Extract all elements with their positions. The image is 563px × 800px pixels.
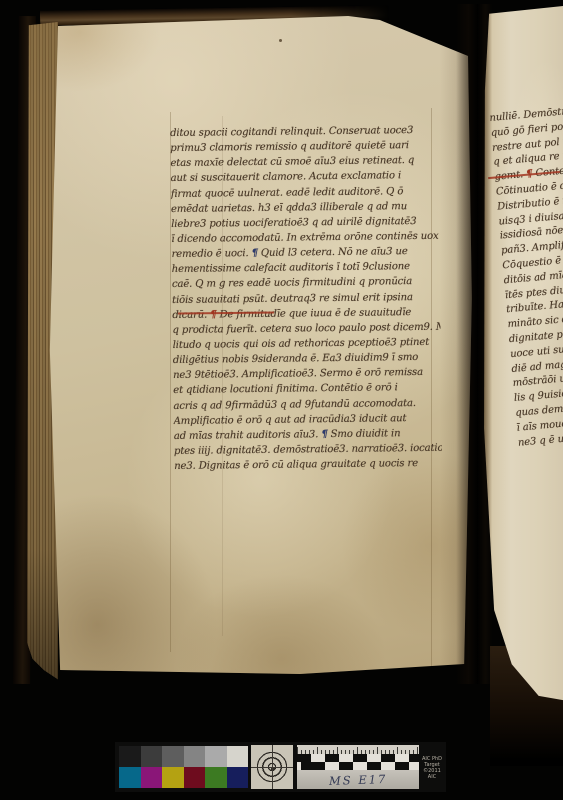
brand-line-2: ©2011 AIC [419,768,445,780]
manuscript-photo: ditou spacii cogitandi relinquit. Conser… [0,0,563,800]
ruler: MS E17 [297,745,419,789]
ruling-line-inner [222,116,223,636]
focus-target-icon [251,745,293,789]
color-patch [119,767,141,788]
manuscript-line: ne3. Dignitas ē orō cū aliqua grauitate … [174,456,442,474]
manuscript-line: diligētius nobis 9sideranda ē. Ea3 diuid… [173,350,441,368]
color-patch [141,767,163,788]
ruling-line-right [431,108,432,668]
brand-line-1: AIC PhD Target [419,756,445,768]
grayscale-patches [119,746,248,767]
swatch-grid [119,746,248,788]
manuscript-line: firmat quocē uulnerat. eadē ledit audito… [171,183,439,201]
manuscript-line: etas maxīe delectat cū smoē aīu3 eius re… [170,153,438,171]
color-patch [184,746,206,767]
color-patch [162,767,184,788]
manuscript-line: ī dicendo accomodatū. In extrēma orōne c… [171,229,439,247]
manuscript-line: et qtidiane locutioni finitima. Contētio… [173,380,441,398]
ruling-line-left [170,112,171,652]
right-page: nulliē. Demōstratioquō gō fieri possit u… [479,6,563,710]
color-calibration-target: MS E17 AIC PhD Target ©2011 AIC [115,742,446,792]
color-patches [119,767,248,788]
manuscript-line: primu3 clamoris remissio q auditorē quie… [170,138,438,156]
manuscript-line: liebre3 potius uociferatioē3 q ad uirilē… [171,214,439,232]
color-patch [162,746,184,767]
color-patch [205,767,227,788]
manuscript-line: ne3 9tētioē3. Amplificatioē3. Sermo ē or… [173,365,441,383]
manuscript-line: hementissime calefacit auditoris ī totī … [172,259,440,277]
manuscript-line: ad mīas trahit auditoris aīu3. ¶ Smo diu… [174,426,442,444]
manuscript-line: litudo q uocis qui ois ad rethoricas pce… [173,335,441,353]
color-patch [141,746,163,767]
target-brand-text: AIC PhD Target ©2011 AIC [419,756,445,780]
left-page: ditou spacii cogitandi relinquit. Conser… [46,12,474,678]
manuscript-line: emēdat uarietas. h3 eī qdda3 illiberale … [171,198,439,216]
manuscript-line: caē. Q m g res eadē uocis firmitudini q … [172,274,440,292]
manuscript-line: acris q ad 9firmādū3 q ad 9futandū accom… [173,395,441,413]
color-patch [227,746,249,767]
right-page-text: nulliē. Demōstratioquō gō fieri possit u… [489,101,563,451]
shelfmark-text: MS E17 [329,771,388,787]
checker-row-bottom [297,762,419,770]
color-patch [205,746,227,767]
manuscript-line: tiōis suauitati psūt. deutraq3 re simul … [172,289,440,307]
manuscript-line: ptes iiij. dignitatē3. demōstratioē3. na… [174,441,442,459]
manuscript-line: ditou spacii cogitandi relinquit. Conser… [170,123,438,141]
color-patch [184,767,206,788]
ink-speck [279,39,282,42]
color-patch [227,767,249,788]
manuscript-line: aut si suscitauerit clamore. Acuta excla… [171,168,439,186]
rubric-underline-left [178,311,274,314]
manuscript-line: Amplificatio ē orō q aut ad iracūdia3 id… [174,410,442,428]
ruler-ticks [297,745,419,754]
checker-row-top [297,754,419,762]
left-page-text: ditou spacii cogitandi relinquit. Conser… [170,123,442,474]
manuscript-line: dicarū. ¶ De firmitudīe que iuua ē de su… [172,304,440,322]
manuscript-line: remedio ē uoci. ¶ Quid l3 cetera. Nō ne … [171,244,439,262]
shelfmark-label: MS E17 [297,770,419,789]
manuscript-line: q prodicta fuerīt. cetera suo loco paulo… [172,320,440,338]
color-patch [119,746,141,767]
